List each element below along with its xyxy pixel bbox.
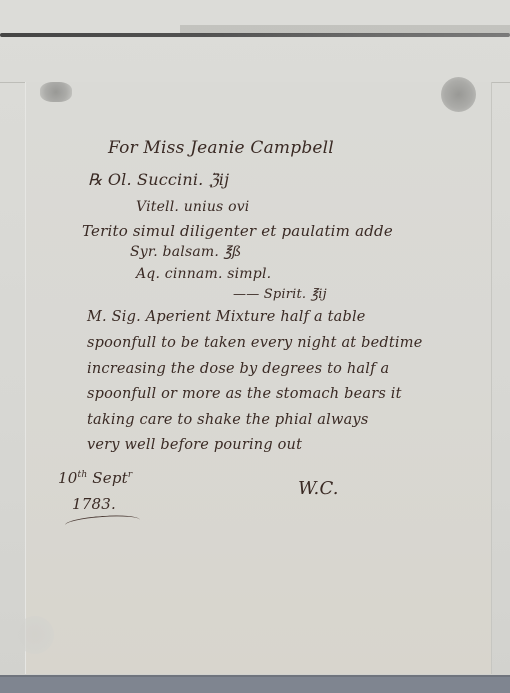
recipe-line: ℞ Ol. Succini. ℨij — [88, 170, 229, 189]
recipe-line: Vitell. unius ovi — [136, 199, 250, 215]
directions-line: spoonfull or more as the stomach bears i… — [87, 386, 402, 402]
directions-line: increasing the dose by degrees to half a — [87, 361, 389, 377]
wax-seal-mark-top-right — [441, 77, 476, 112]
recipe-line: Terito simul diligenter et paulatim adde — [82, 222, 393, 240]
date-month: Sept — [92, 469, 128, 487]
wax-seal-mark-top-left — [40, 82, 72, 102]
recipe-line: Syr. balsam. ℥ß — [130, 244, 242, 260]
date-day: 10 — [58, 469, 78, 487]
fold-line — [0, 33, 510, 37]
directions-line: spoonfull to be taken every night at bed… — [87, 335, 422, 351]
directions-line: very well before pouring out — [87, 437, 302, 453]
signature: W.C. — [298, 478, 339, 499]
recipe-line: —— Spirit. ℥ij — [233, 287, 327, 302]
patient-heading: For Miss Jeanie Campbell — [108, 138, 334, 158]
directions-line: M. Sig. Aperient Mixture half a table — [87, 309, 366, 325]
stain-mark-bottom-left — [16, 616, 54, 654]
backing-strip — [0, 675, 510, 693]
date-day-month: 10th Septr — [58, 469, 132, 487]
recipe-line: Aq. cinnam. simpl. — [136, 266, 271, 282]
directions-line: taking care to shake the phial always — [87, 412, 368, 428]
date-day-suffix: th — [78, 470, 88, 480]
date-month-suffix: r — [128, 470, 133, 480]
date-year: 1783. — [72, 495, 116, 513]
